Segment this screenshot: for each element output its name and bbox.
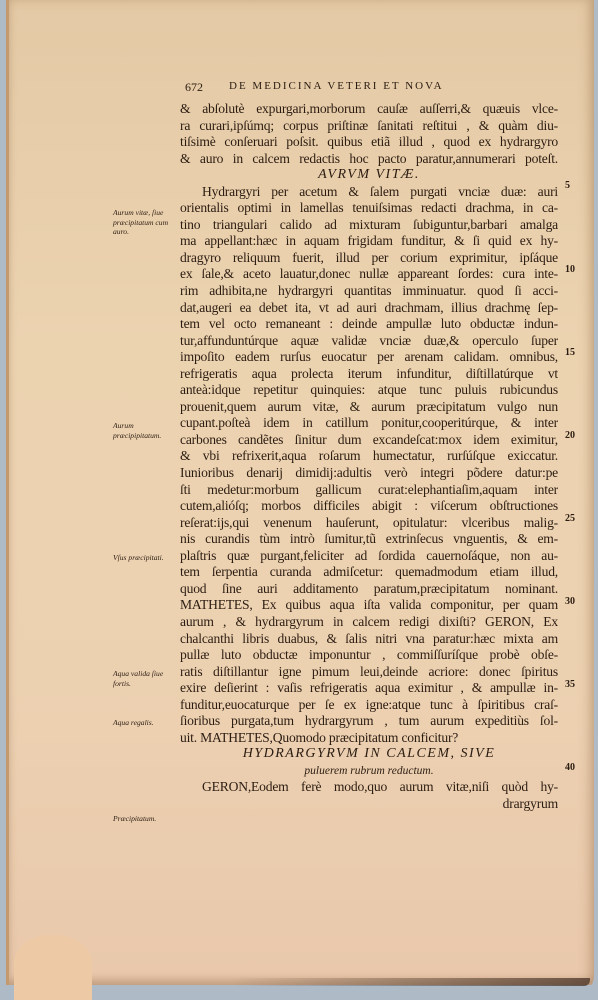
page-number: 672 [185, 80, 203, 95]
text-line: & abſolutè expurgari,morborum cauſæ auſſ… [180, 101, 558, 118]
line-number: 20 [565, 430, 575, 441]
text-line: tur,affunduntúrque aquæ validæ vnciæ duæ… [180, 333, 558, 350]
margin-note: Aurum præcipipitatum. [113, 421, 179, 440]
catchword: drargyrum [180, 796, 558, 813]
line-number: 35 [565, 679, 575, 690]
text-line: dragyro reliquum fuerit, illud per coriu… [180, 250, 558, 267]
line-number: 30 [565, 596, 575, 607]
margin-note: Aqua valida ſiue fortis. [113, 669, 179, 688]
text-line: carbones candẽtes ſinitur dum excandeſca… [180, 432, 558, 449]
text-line: funditur,euocaturque per ſe ex igne:atqu… [180, 697, 558, 714]
text-line: cupant.poſteà idem in catillum ponitur,c… [180, 415, 558, 432]
line-number: 25 [565, 513, 575, 524]
text-line: ma appellant:hæc in aquam frigidam fundi… [180, 233, 558, 250]
line-number: 40 [565, 762, 575, 773]
section-heading: AVRVM VITÆ. [180, 167, 558, 184]
text-line: ſti medetur:morbum gallicum curat:elepha… [180, 482, 558, 499]
margin-note: Præcipitatum. [113, 814, 179, 824]
text-line: tem vel octo remaneant : deinde ampullæ … [180, 316, 558, 333]
text-line: plaſtris quæ purgant,feliciter ad ſordid… [180, 548, 558, 565]
text-line: chalcanthi libris duabus, & ſalis nitri … [180, 631, 558, 648]
text-line: & vbi refrixerit,aqua roſarum humectatur… [180, 448, 558, 465]
line-number: 5 [565, 180, 570, 191]
text-line: Hydrargyri per acetum & ſalem purgati vn… [180, 184, 558, 201]
text-line: & auro in calcem redactis hoc pacto para… [180, 151, 558, 168]
page-edge-shadow [230, 978, 590, 986]
text-line: GERON,Eodem ferè modo,quo aurum vitæ,niſ… [180, 779, 558, 796]
margin-note: Vſus præcipitati. [113, 553, 179, 563]
text-line: refrigeratis aqua prolecta iterum infund… [180, 366, 558, 383]
text-line: tiſsimè conſeruari poſsit. quibus etiã i… [180, 134, 558, 151]
line-number: 10 [565, 264, 575, 275]
page-header: 672 DE MEDICINA VETERI ET NOVA [185, 80, 555, 96]
text-line: quod ſine auri additamento paratum,præci… [180, 581, 558, 598]
text-line: ex ſale,& aceto lauatur,donec nullæ appa… [180, 266, 558, 283]
text-line: tem ſerpentia curanda admiſcetur: quemad… [180, 564, 558, 581]
text-line: ra curari,ipſúmq; corpus priſtinæ ſanita… [180, 118, 558, 135]
line-number: 15 [565, 347, 575, 358]
running-head: DE MEDICINA VETERI ET NOVA [229, 80, 444, 92]
text-line: tino triangulari calido ad mixturam ſubi… [180, 217, 558, 234]
margin-note: Aqua regalis. [113, 718, 179, 728]
text-line: rim adhibita,ne hydrargyri quantitas imm… [180, 283, 558, 300]
text-line: reſerat:ijs,qui venenum hauſerunt, opitu… [180, 515, 558, 532]
text-line: ſioribus purgata,tum hydrargyrum , tum a… [180, 713, 558, 730]
text-line: dat,augeri ea debet ita, vt ad auri drac… [180, 300, 558, 317]
text-line: aurum , & hydrargyrum in calcem redigi d… [180, 614, 558, 631]
text-line: nis curandis tùm intrò ſumitur,tũ extrin… [180, 531, 558, 548]
text-line: Iunioribus denarij dimidij:adultis verò … [180, 465, 558, 482]
text-line: exire deſierint : vaſis refrigeratis aqu… [180, 680, 558, 697]
text-line: prouenit,quem aurum vitæ, & aurum præcip… [180, 399, 558, 416]
text-line: anteà:idque repetitur quinquies: atque t… [180, 382, 558, 399]
text-line: impoſito eadem rurſus euocatur per arena… [180, 349, 558, 366]
main-text-block: & abſolutè expurgari,morborum cauſæ auſſ… [180, 101, 558, 813]
margin-note: Aurum vitæ, ſiue præcipitatum cum auro. [113, 208, 179, 237]
text-line: orientalis optimi in lamellas tenuiſsima… [180, 200, 558, 217]
text-line: ratis diſtillantur igne pimum leui,deind… [180, 664, 558, 681]
text-line: uit. MATHETES,Quomodo præcipitatum confi… [180, 730, 558, 747]
section-subheading: puluerem rubrum reductum. [180, 763, 558, 780]
text-line: cutem,alióſq; morbos difficiles abigit :… [180, 498, 558, 515]
thumb-holding-page [14, 935, 92, 1000]
text-line: MATHETES, Ex quibus aqua iſta valida com… [180, 597, 558, 614]
text-line: pullæ luto obductæ imponuntur , commiſſu… [180, 647, 558, 664]
section-heading: HYDRARGYRVM IN CALCEM, SIVE [180, 746, 558, 763]
